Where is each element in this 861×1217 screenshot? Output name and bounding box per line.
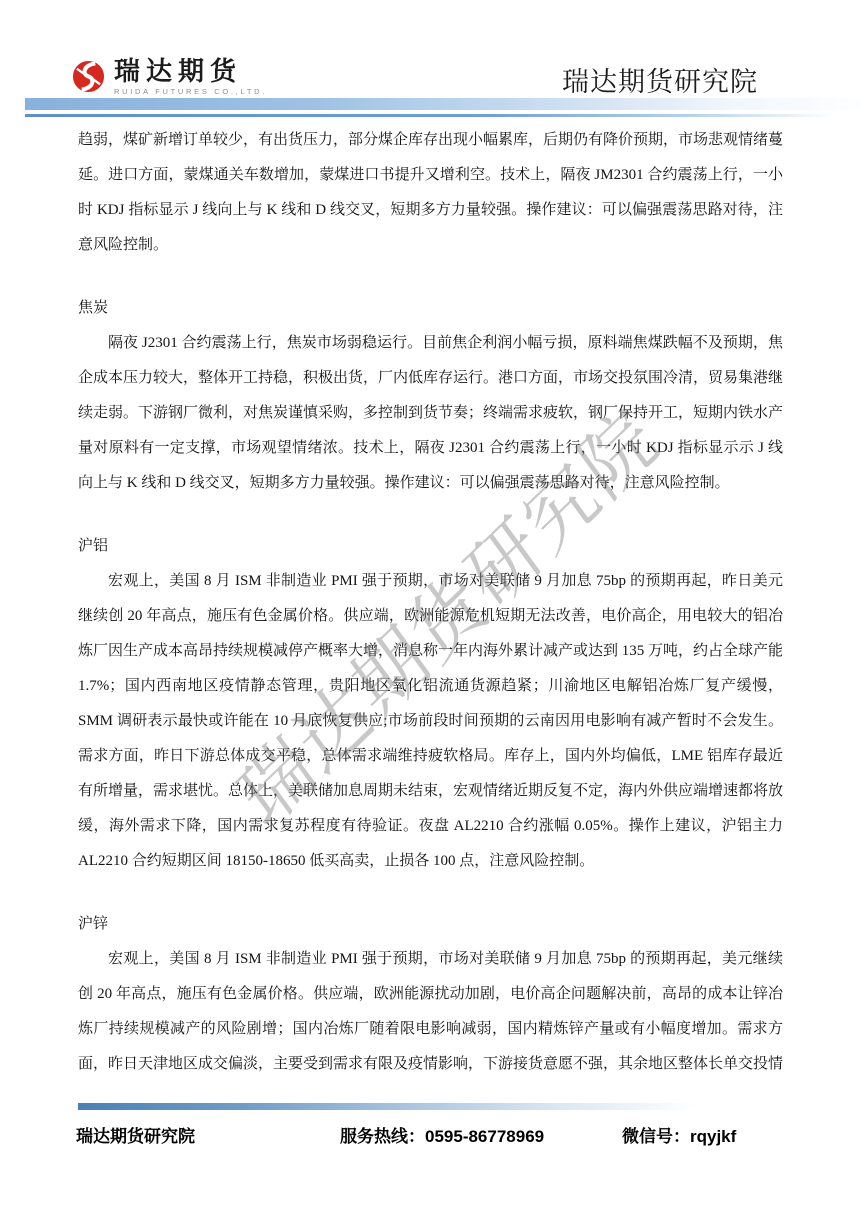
section-heading: 沪铝: [78, 529, 783, 564]
report-body: 趋弱，煤矿新增订单较少，有出货压力，部分煤企库存出现小幅累库，后期仍有降价预期，…: [78, 123, 783, 1082]
footer-hotline-number: 0595-86778969: [425, 1127, 544, 1146]
paragraph: 宏观上，美国 8 月 ISM 非制造业 PMI 强于预期，市场对美联储 9 月加…: [78, 942, 783, 1082]
header-thin-rule: [25, 114, 861, 117]
section-coking-coal-continuation: 趋弱，煤矿新增订单较少，有出货压力，部分煤企库存出现小幅累库，后期仍有降价预期，…: [78, 123, 783, 263]
footer-wechat: 微信号：rqyjkf: [622, 1126, 736, 1148]
footer-institute: 瑞达期货研究院: [76, 1126, 195, 1148]
brand-name-chinese: 瑞达期货: [114, 58, 267, 84]
paragraph: 宏观上，美国 8 月 ISM 非制造业 PMI 强于预期，市场对美联储 9 月加…: [78, 564, 783, 879]
footer-hotline-label: 服务热线：: [340, 1127, 425, 1146]
report-page: 瑞达期货 RUIDA FUTURES CO.,LTD. 瑞达期货研究院 趋弱，煤…: [0, 0, 861, 1217]
section-coke: 焦炭 隔夜 J2301 合约震荡上行，焦炭市场弱稳运行。目前焦企利润小幅亏损，原…: [78, 291, 783, 501]
page-title: 瑞达期货研究院: [562, 66, 758, 98]
section-shanghai-zinc: 沪锌 宏观上，美国 8 月 ISM 非制造业 PMI 强于预期，市场对美联储 9…: [78, 907, 783, 1082]
company-logo: 瑞达期货 RUIDA FUTURES CO.,LTD.: [72, 58, 267, 96]
section-heading: 焦炭: [78, 291, 783, 326]
section-shanghai-aluminum: 沪铝 宏观上，美国 8 月 ISM 非制造业 PMI 强于预期，市场对美联储 9…: [78, 529, 783, 879]
brand-name-english: RUIDA FUTURES CO.,LTD.: [114, 87, 267, 96]
paragraph: 隔夜 J2301 合约震荡上行，焦炭市场弱稳运行。目前焦企利润小幅亏损，原料端焦…: [78, 326, 783, 501]
ruida-logo-icon: [72, 60, 105, 93]
paragraph: 趋弱，煤矿新增订单较少，有出货压力，部分煤企库存出现小幅累库，后期仍有降价预期，…: [78, 123, 783, 263]
footer-wechat-label: 微信号：: [622, 1127, 690, 1146]
section-heading: 沪锌: [78, 907, 783, 942]
footer-gradient-bar: [78, 1103, 730, 1110]
footer: 瑞达期货研究院 服务热线：0595-86778969 微信号：rqyjkf: [0, 1126, 861, 1148]
footer-wechat-id: rqyjkf: [690, 1127, 736, 1146]
header-gradient-bar: [25, 98, 861, 110]
brand-text-block: 瑞达期货 RUIDA FUTURES CO.,LTD.: [114, 58, 267, 96]
footer-hotline: 服务热线：0595-86778969: [340, 1126, 544, 1148]
